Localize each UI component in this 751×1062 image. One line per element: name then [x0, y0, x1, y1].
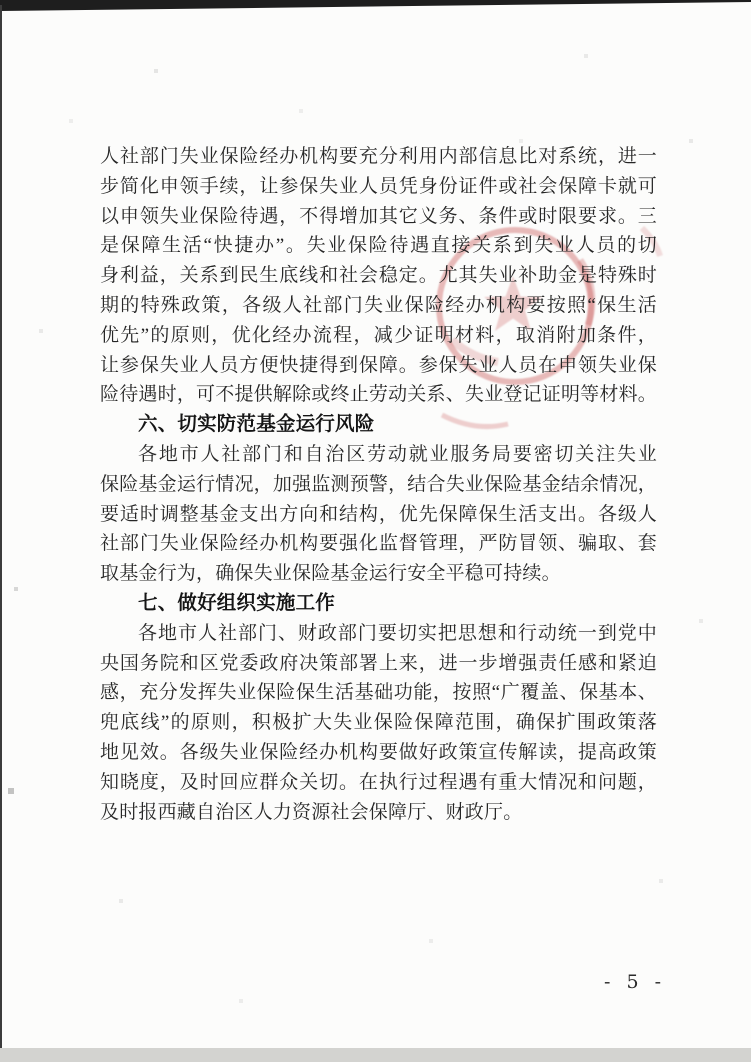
body-line: 各地市人社部门和自治区劳动就业服务局要密切关注失业: [100, 440, 657, 470]
body-line: 取基金行为，确保失业保险基金运行安全平稳可持续。: [100, 559, 657, 589]
body-line: 及时报西藏自治区人力资源社会保障厅、财政厅。: [100, 798, 657, 828]
body-line: 优先”的原则，优化经办流程，减少证明材料，取消附加条件，: [100, 321, 657, 351]
body-line: 保险基金运行情况，加强监测预警，结合失业保险基金结余情况，: [100, 470, 657, 500]
body-line: 央国务院和区党委政府决策部署上来，进一步增强责任感和紧迫: [100, 649, 657, 679]
body-line: 社部门失业保险经办机构要强化监督管理，严防冒领、骗取、套: [100, 529, 657, 559]
body-line: 人社部门失业保险经办机构要充分利用内部信息比对系统，进一: [100, 142, 657, 172]
body-line: 知晓度，及时回应群众关切。在执行过程遇有重大情况和问题，: [100, 768, 657, 798]
body-line: 要适时调整基金支出方向和结构，优先保障保生活支出。各级人: [100, 500, 657, 530]
body-line: 各地市人社部门、财政部门要切实把思想和行动统一到党中: [100, 619, 657, 649]
scan-edge-top: [0, 0, 751, 11]
body-line: 险待遇时，可不提供解除或终止劳动关系、失业登记证明等材料。: [100, 380, 657, 410]
section-heading-7: 七、做好组织实施工作: [100, 589, 657, 619]
body-line: 是保障生活“快捷办”。失业保险待遇直接关系到失业人员的切: [100, 231, 657, 261]
body-line: 让参保失业人员方便快捷得到保障。参保失业人员在申领失业保: [100, 351, 657, 381]
body-line: 步简化申领手续，让参保失业人员凭身份证件或社会保障卡就可: [100, 172, 657, 202]
body-line: 感，充分发挥失业保险保生活基础功能，按照“广覆盖、保基本、: [100, 678, 657, 708]
body-line: 地见效。各级失业保险经办机构要做好政策宣传解读，提高政策: [100, 738, 657, 768]
section-heading-6: 六、切实防范基金运行风险: [100, 410, 657, 440]
page-number: - 5 -: [604, 971, 666, 993]
body-line: 身利益，关系到民生底线和社会稳定。尤其失业补助金是特殊时: [100, 261, 657, 291]
document-body: 人社部门失业保险经办机构要充分利用内部信息比对系统，进一 步简化申领手续，让参保…: [100, 142, 657, 827]
scanned-document-page: 人社部门失业保险经办机构要充分利用内部信息比对系统，进一 步简化申领手续，让参保…: [0, 0, 751, 1062]
body-line: 期的特殊政策，各级人社部门失业保险经办机构要按照“保生活: [100, 291, 657, 321]
scan-noise: [0, 0, 2, 2]
scan-edge-bottom: [0, 1048, 751, 1062]
body-line: 以申领失业保险待遇，不得增加其它义务、条件或时限要求。三: [100, 202, 657, 232]
body-line: 兜底线”的原则，积极扩大失业保险保障范围，确保扩围政策落: [100, 708, 657, 738]
scan-edge-left: [0, 5, 2, 1062]
